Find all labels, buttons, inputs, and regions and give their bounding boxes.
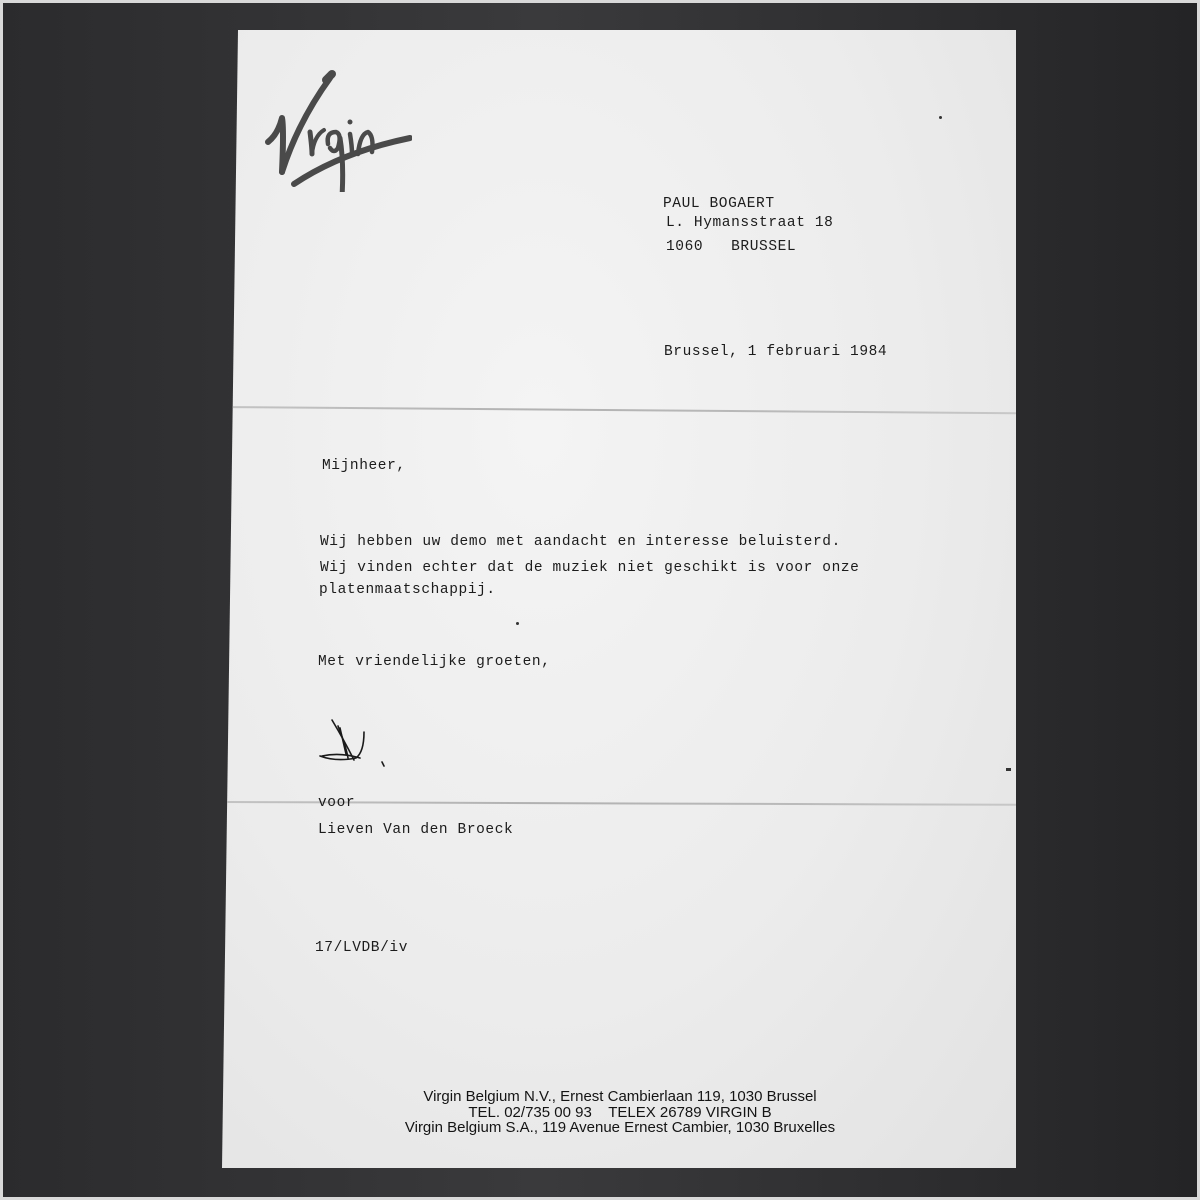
footer-line-3: Virgin Belgium S.A., 119 Avenue Ernest C… <box>380 1120 860 1136</box>
reference-code: 17/LVDB/iv <box>315 941 408 956</box>
footer-line-1: Virgin Belgium N.V., Ernest Cambierlaan … <box>380 1089 860 1105</box>
date-line: Brussel, 1 februari 1984 <box>664 345 887 360</box>
recipient-name: PAUL BOGAERT <box>663 197 775 212</box>
paper-speck <box>1006 768 1011 771</box>
handwritten-signature-icon <box>316 718 396 768</box>
recipient-city: 1060 BRUSSEL <box>666 240 796 255</box>
body-line-1: Wij hebben uw demo met aandacht en inter… <box>320 535 841 550</box>
footer-line-2: TEL. 02/735 00 93 TELEX 26789 VIRGIN B <box>380 1105 860 1121</box>
letter-paper <box>222 30 1016 1168</box>
paper-speck <box>939 116 942 119</box>
recipient-street: L. Hymansstraat 18 <box>666 216 833 231</box>
fold-crease-upper <box>222 406 1016 414</box>
salutation: Mijnheer, <box>322 459 406 474</box>
letterhead-footer: Virgin Belgium N.V., Ernest Cambierlaan … <box>380 1089 860 1136</box>
signatory-prefix: voor <box>318 796 355 811</box>
paper-speck <box>516 622 519 625</box>
signatory-name: Lieven Van den Broeck <box>318 823 513 838</box>
body-line-3: platenmaatschappij. <box>319 583 496 598</box>
virgin-script-logo-icon <box>262 62 412 192</box>
closing: Met vriendelijke groeten, <box>318 655 551 670</box>
body-line-2: Wij vinden echter dat de muziek niet ges… <box>320 561 859 576</box>
